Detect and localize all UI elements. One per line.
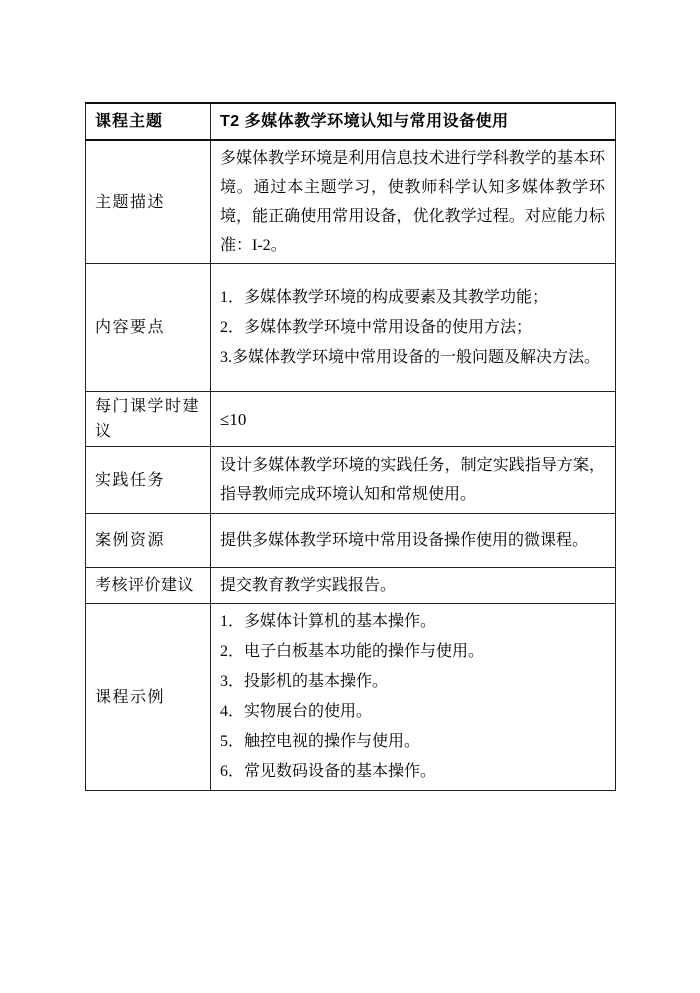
content-point-item: 1．多媒体教学环境的构成要素及其教学功能； bbox=[220, 283, 605, 313]
practice-task-text: 设计多媒体教学环境的实践任务，制定实践指导方案，指导教师完成环境认知和常规使用。 bbox=[211, 447, 616, 514]
content-point-item: 3.多媒体教学环境中常用设备的一般问题及解决方法。 bbox=[220, 343, 605, 373]
course-examples-list: 1．多媒体计算机的基本操作。 2．电子白板基本功能的操作与使用。 3．投影机的基… bbox=[211, 604, 616, 791]
row-label: 主题描述 bbox=[86, 140, 211, 264]
row-topic-description: 主题描述 多媒体教学环境是利用信息技术进行学科教学的基本环境。通过本主题学习，使… bbox=[86, 140, 616, 264]
row-label: 实践任务 bbox=[86, 447, 211, 514]
row-label: 案例资源 bbox=[86, 514, 211, 568]
course-example-item: 3．投影机的基本操作。 bbox=[220, 667, 605, 697]
row-assessment-suggestion: 考核评价建议 提交教育教学实践报告。 bbox=[86, 568, 616, 604]
topic-description-text: 多媒体教学环境是利用信息技术进行学科教学的基本环境。通过本主题学习，使教师科学认… bbox=[211, 140, 616, 264]
header-row: 课程主题 T2 多媒体教学环境认知与常用设备使用 bbox=[86, 103, 616, 140]
row-course-examples: 课程示例 1．多媒体计算机的基本操作。 2．电子白板基本功能的操作与使用。 3．… bbox=[86, 604, 616, 791]
row-content-points: 内容要点 1．多媒体教学环境的构成要素及其教学功能； 2．多媒体教学环境中常用设… bbox=[86, 264, 616, 392]
header-label: 课程主题 bbox=[86, 103, 211, 140]
assessment-suggestion-text: 提交教育教学实践报告。 bbox=[211, 568, 616, 604]
course-example-item: 2．电子白板基本功能的操作与使用。 bbox=[220, 637, 605, 667]
row-label: 课程示例 bbox=[86, 604, 211, 791]
course-example-item: 4．实物展台的使用。 bbox=[220, 697, 605, 727]
content-points-list: 1．多媒体教学环境的构成要素及其教学功能； 2．多媒体教学环境中常用设备的使用方… bbox=[211, 264, 616, 392]
header-course-title: T2 多媒体教学环境认知与常用设备使用 bbox=[211, 103, 616, 140]
course-example-item: 1．多媒体计算机的基本操作。 bbox=[220, 607, 605, 637]
row-case-resources: 案例资源 提供多媒体教学环境中常用设备操作使用的微课程。 bbox=[86, 514, 616, 568]
row-label: 每门课学时建议 bbox=[86, 392, 211, 447]
case-resources-text: 提供多媒体教学环境中常用设备操作使用的微课程。 bbox=[211, 514, 616, 568]
document-page: 课程主题 T2 多媒体教学环境认知与常用设备使用 主题描述 多媒体教学环境是利用… bbox=[0, 0, 700, 993]
content-point-item: 2．多媒体教学环境中常用设备的使用方法； bbox=[220, 313, 605, 343]
row-practice-task: 实践任务 设计多媒体教学环境的实践任务，制定实践指导方案，指导教师完成环境认知和… bbox=[86, 447, 616, 514]
class-hours-value: ≤10 bbox=[211, 392, 616, 447]
row-label: 考核评价建议 bbox=[86, 568, 211, 604]
course-example-item: 6．常见数码设备的基本操作。 bbox=[220, 757, 605, 787]
row-class-hours: 每门课学时建议 ≤10 bbox=[86, 392, 616, 447]
course-example-item: 5．触控电视的操作与使用。 bbox=[220, 727, 605, 757]
row-label: 内容要点 bbox=[86, 264, 211, 392]
course-outline-table: 课程主题 T2 多媒体教学环境认知与常用设备使用 主题描述 多媒体教学环境是利用… bbox=[85, 102, 616, 791]
